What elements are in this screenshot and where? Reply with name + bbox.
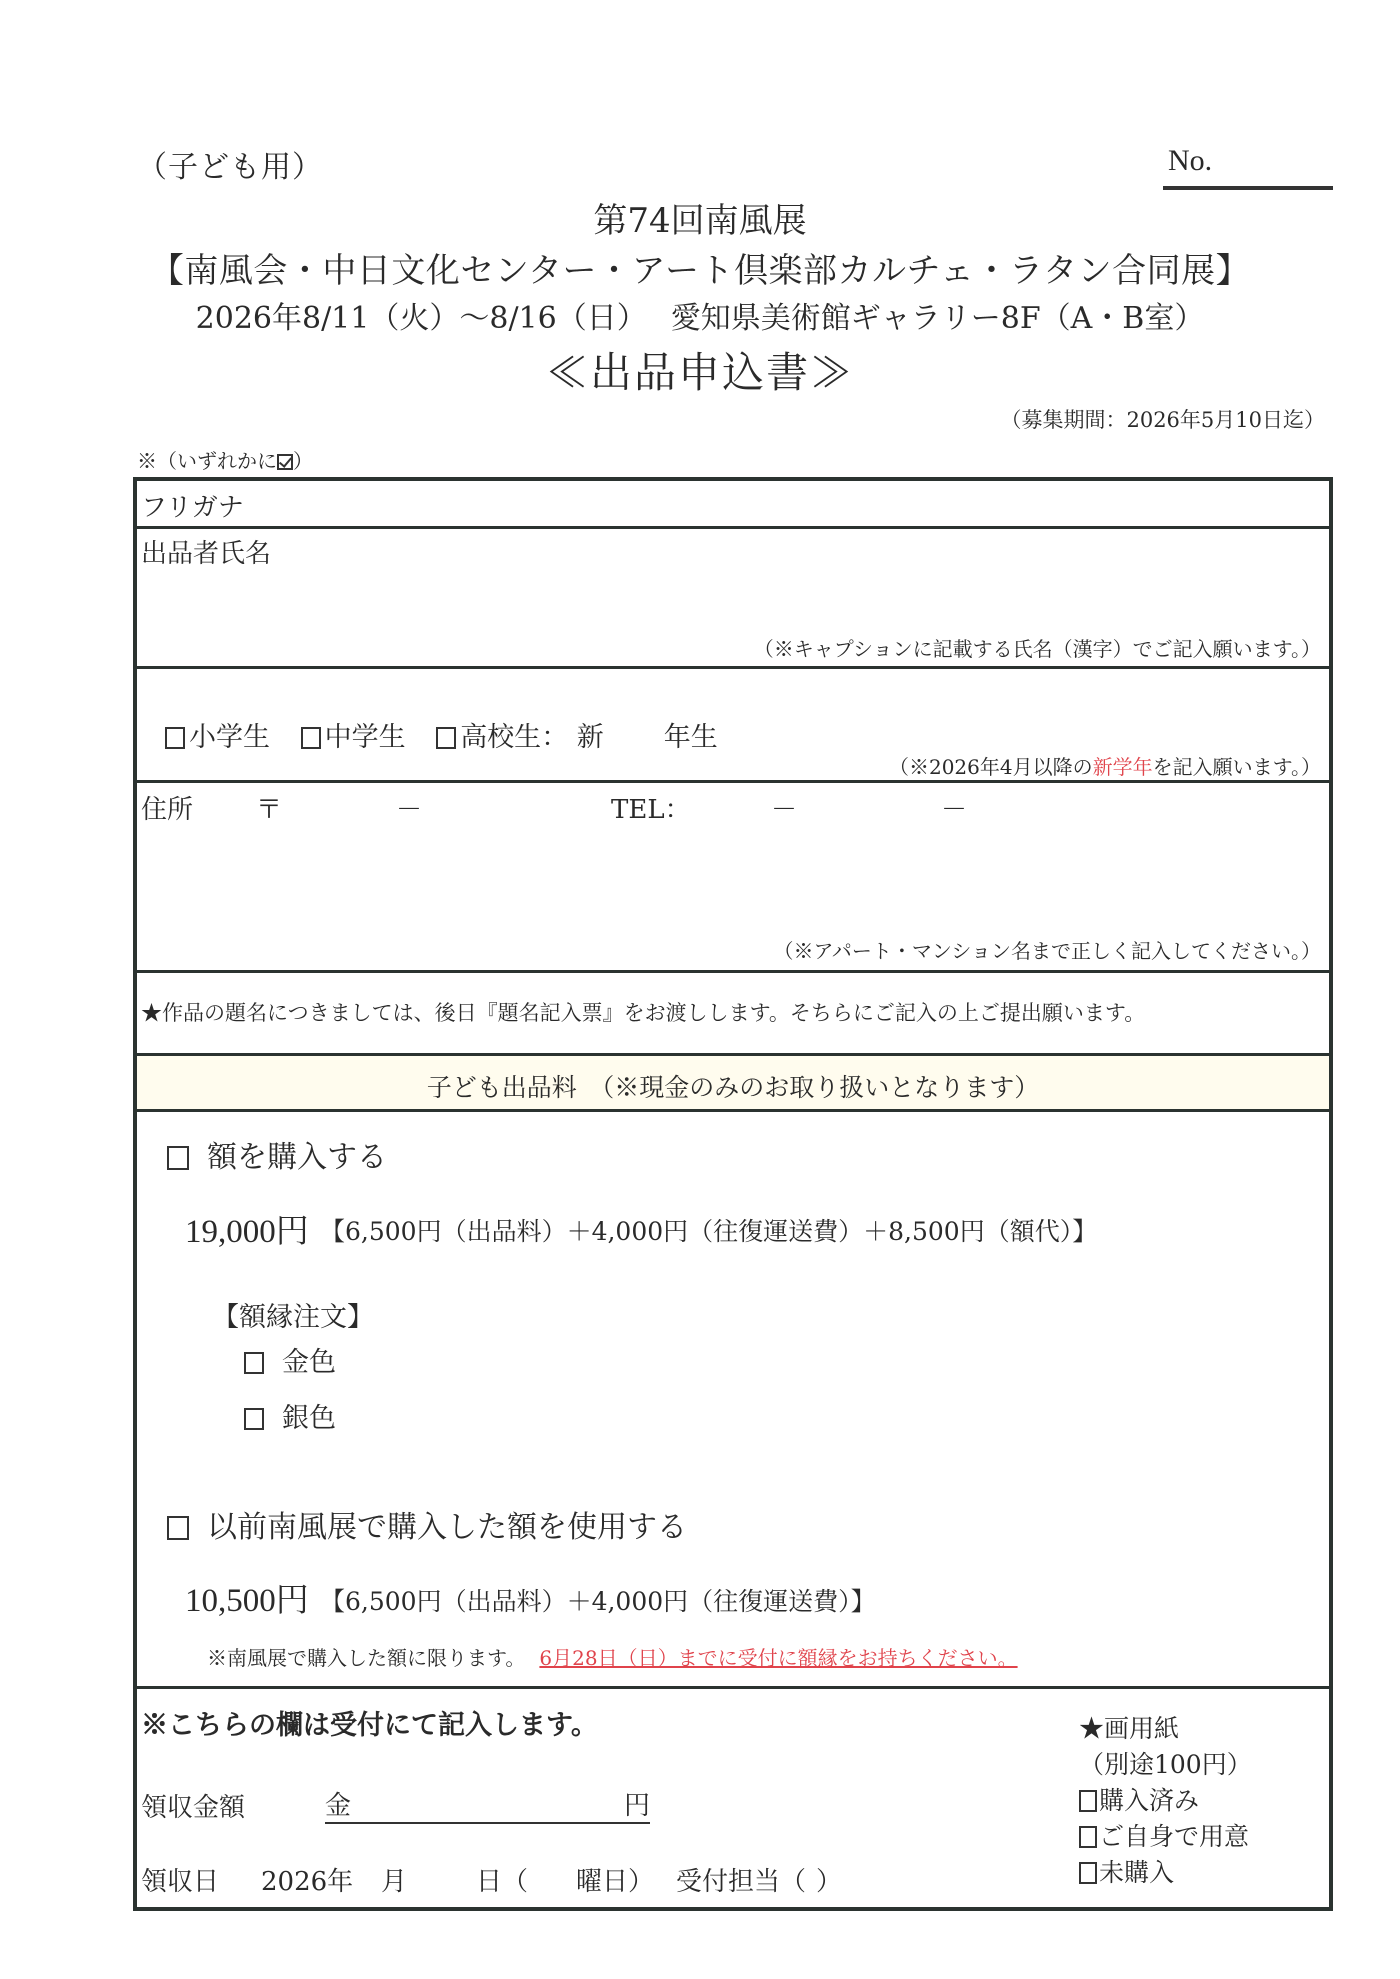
frame-order-label: 【額縁注文】	[212, 1295, 374, 1334]
receipt-amount: 領収金額金円	[141, 1787, 650, 1824]
receipt-year: 2026年	[261, 1861, 381, 1898]
exhibition-title: 第74回南風展	[0, 193, 1400, 242]
address-row[interactable]: 住所〒－TEL：－－ （※アパート・マンション名まで正しく記入してください。）	[137, 783, 1329, 973]
checked-box-icon	[277, 454, 293, 470]
receipt-amount-label: 領収金額	[141, 1793, 245, 1823]
title-note-row: ★作品の題名につきましては、後日『題名記入票』をお渡しします。そちらにご記入の上…	[137, 973, 1329, 1056]
fee-options: 額を購入する 19,000円 【6,500円（出品料）＋4,000円（往復運送費…	[137, 1112, 1329, 1689]
checkbox-icon[interactable]	[165, 727, 185, 749]
receipt-date-label: 領収日	[141, 1861, 261, 1898]
checkbox-icon[interactable]	[1079, 1790, 1097, 1812]
grade-note-highlight: 新学年	[1093, 755, 1153, 779]
grade-note: （※2026年4月以降の新学年を記入願います。）	[889, 751, 1321, 780]
checkbox-icon[interactable]	[244, 1352, 264, 1374]
new-grade-label: 新	[577, 722, 604, 753]
address-label: 住所	[141, 789, 256, 826]
paper-option-not-purchased[interactable]: 未購入	[1079, 1855, 1252, 1891]
grade-option-junior-high[interactable]: 中学生	[301, 722, 406, 753]
form-title: ≪出品申込書≫	[0, 340, 1400, 400]
paper-option-purchased[interactable]: 購入済み	[1079, 1783, 1252, 1819]
checkbox-icon[interactable]	[436, 727, 456, 749]
grade-options: 小学生 中学生 高校生： 新年生	[165, 715, 718, 754]
reception-heading: ※こちらの欄は受付にて記入します。	[141, 1703, 598, 1742]
name-note: （※キャプションに記載する氏名（漢字）でご記入願います。）	[754, 633, 1321, 662]
name-row[interactable]: 出品者氏名 （※キャプションに記載する氏名（漢字）でご記入願います。）	[137, 529, 1329, 669]
furigana-label: フリガナ	[141, 487, 244, 524]
receipt-date: 領収日2026年月日（曜日）受付担当（）	[141, 1861, 842, 1898]
checkbox-icon[interactable]	[301, 727, 321, 749]
paper-option-own[interactable]: ご自身で用意	[1079, 1819, 1252, 1855]
name-label: 出品者氏名	[141, 533, 271, 570]
frame-color-silver[interactable]: 銀色	[244, 1396, 336, 1435]
buy-frame-price: 19,000円	[185, 1205, 309, 1252]
drawing-paper-price: （別途100円）	[1079, 1747, 1252, 1783]
exhibition-venue: 愛知県美術館ギャラリー8F（A・B室）	[671, 301, 1205, 336]
grade-option-elementary[interactable]: 小学生	[165, 722, 270, 753]
year-label: 年生	[664, 722, 718, 753]
dates-and-venue: 2026年8/11（火）～8/16（日）愛知県美術館ギャラリー8F（A・B室）	[0, 293, 1400, 337]
option-buy-frame[interactable]: 額を購入する	[167, 1132, 387, 1176]
title-note: ★作品の題名につきましては、後日『題名記入票』をお渡しします。そちらにご記入の上…	[141, 997, 1145, 1027]
tel-label: TEL：	[611, 789, 771, 826]
grade-option-high-school[interactable]: 高校生	[436, 722, 541, 753]
drawing-paper-title: ★画用紙	[1079, 1711, 1252, 1747]
postal-dash: －	[396, 789, 611, 826]
reuse-frame-deadline: 6月28日（日）までに受付に額縁をお持ちください。	[539, 1646, 1017, 1670]
checkbox-icon[interactable]	[167, 1516, 189, 1540]
fee-banner: 子ども出品料 （※現金のみのお取り扱いとなります）	[137, 1056, 1329, 1112]
postal-mark: 〒	[256, 789, 396, 826]
receipt-weekday: 曜日）	[576, 1861, 676, 1898]
reception-section: ※こちらの欄は受付にて記入します。 領収金額金円 領収日2026年月日（曜日）受…	[137, 1689, 1329, 1907]
fee-banner-text: 子ども出品料 （※現金のみのお取り扱いとなります）	[137, 1068, 1329, 1104]
form-number-label: No.	[1168, 144, 1212, 178]
reuse-frame-price: 10,500円	[185, 1574, 309, 1621]
application-period: （募集期間：2026年5月10日迄）	[1000, 404, 1325, 434]
option-reuse-frame[interactable]: 以前南風展で購入した額を使用する	[167, 1502, 687, 1546]
audience-label: （子ども用）	[137, 142, 323, 186]
tel-dash-2: －	[941, 789, 967, 826]
address-line: 住所〒－TEL：－－	[141, 789, 967, 826]
receipt-month: 月	[381, 1861, 476, 1898]
receipt-day: 日（	[476, 1861, 576, 1898]
form-number-field[interactable]	[1163, 186, 1333, 190]
reception-staff-close: ）	[816, 1861, 842, 1898]
check-instruction: ※（いずれかに）	[137, 445, 313, 474]
grade-row: 小学生 中学生 高校生： 新年生 （※2026年4月以降の新学年を記入願います。…	[137, 669, 1329, 783]
reuse-frame-note: ※南風展で購入した額に限ります。6月28日（日）までに受付に額縁をお持ちください…	[207, 1642, 1018, 1671]
tel-dash-1: －	[771, 789, 941, 826]
exhibition-dates: 2026年8/11（火）～8/16（日）	[196, 301, 647, 336]
reuse-frame-breakdown: 【6,500円（出品料）＋4,000円（往復運送費）】	[320, 1582, 876, 1618]
reception-staff-label: 受付担当（	[676, 1861, 816, 1898]
drawing-paper: ★画用紙 （別途100円） 購入済み ご自身で用意 未購入	[1079, 1711, 1252, 1891]
buy-frame-breakdown: 【6,500円（出品料）＋4,000円（往復運送費）＋8,500円（額代）】	[320, 1212, 1097, 1248]
application-form: フリガナ 出品者氏名 （※キャプションに記載する氏名（漢字）でご記入願います。）…	[133, 477, 1333, 1911]
checkbox-icon[interactable]	[167, 1146, 189, 1170]
frame-color-gold[interactable]: 金色	[244, 1340, 336, 1379]
checkbox-icon[interactable]	[244, 1408, 264, 1430]
address-note: （※アパート・マンション名まで正しく記入してください。）	[774, 935, 1322, 964]
checkbox-icon[interactable]	[1079, 1826, 1097, 1848]
joint-exhibition-subtitle: 【南風会・中日文化センター・アート倶楽部カルチェ・ラタン合同展】	[0, 243, 1400, 292]
checkbox-icon[interactable]	[1079, 1862, 1097, 1884]
furigana-row[interactable]: フリガナ	[137, 481, 1329, 529]
receipt-amount-field[interactable]: 金円	[325, 1792, 650, 1824]
